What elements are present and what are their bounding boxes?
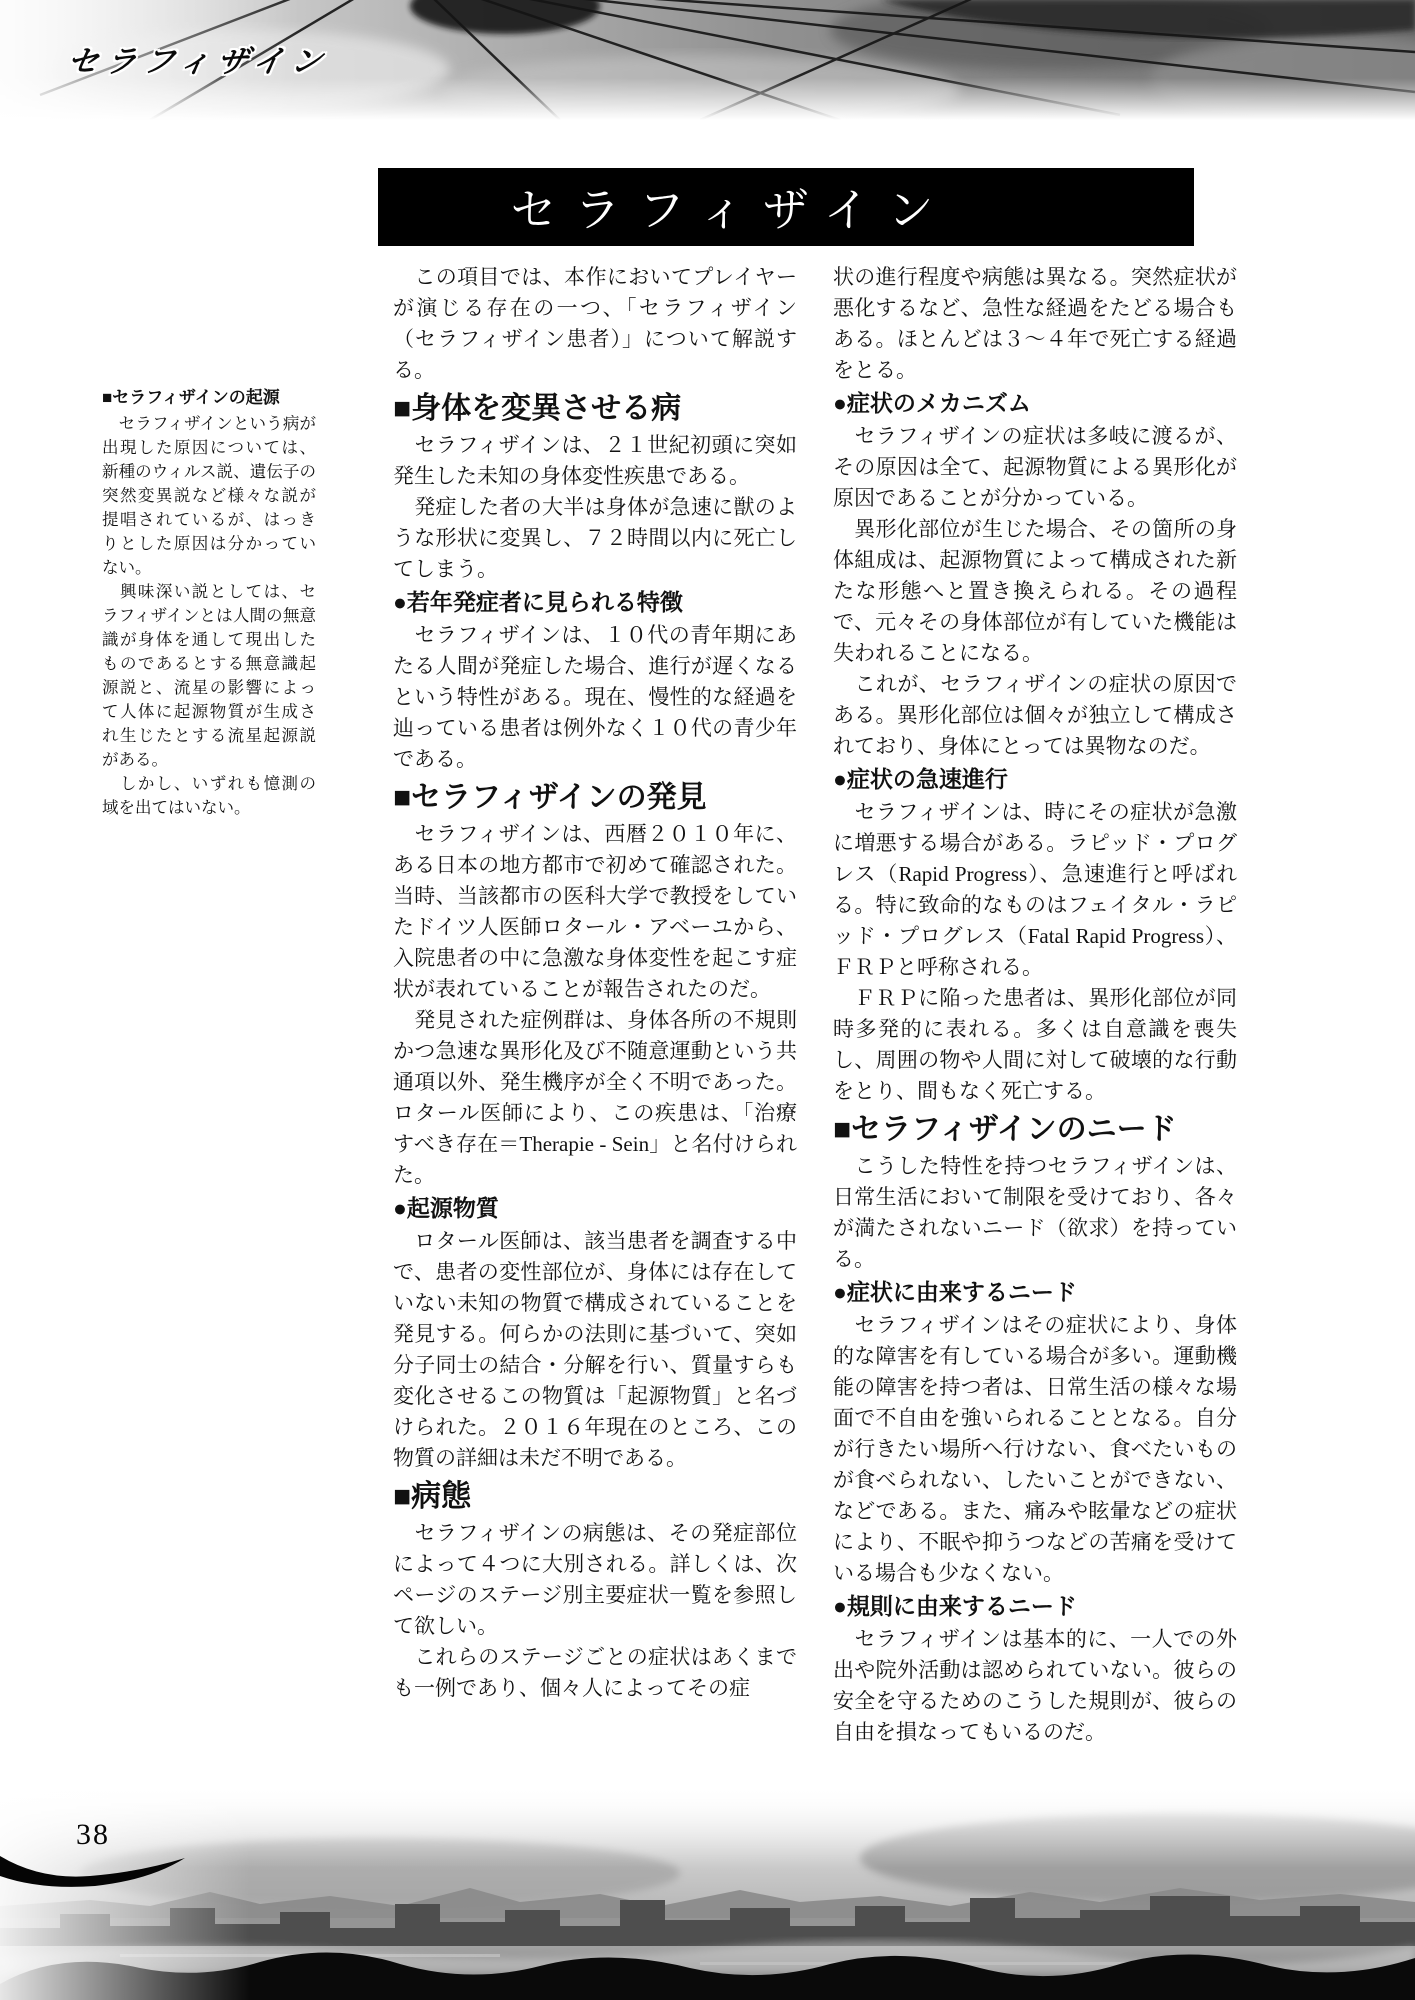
cityscape-photo [0,1788,1415,2000]
subsection-heading: ●起源物質 [393,1191,797,1226]
header-photo: セラフィザイン [0,0,1415,120]
sidebar-paragraph: 興味深い説としては、セラフィザインとは人間の無意識が身体を通して現出したものであ… [102,580,316,772]
section-heading: ■身体を変異させる病 [393,389,797,429]
subsection-heading: ●若年発症者に見られる特徴 [393,585,797,620]
body-paragraph: セラフィザインの症状は多岐に渡るが、その原因は全て、起源物質による異形化が原因で… [833,421,1237,514]
page-number: 38 [76,1818,110,1852]
body-paragraph: セラフィザインは、西暦２０１０年に、ある日本の地方都市で初めて確認された。当時、… [393,819,797,1005]
body-paragraph: セラフィザインは基本的に、一人での外出や院外活動は認められていない。彼らの安全を… [833,1624,1237,1748]
section-heading: ■病態 [393,1477,797,1517]
body-paragraph: セラフィザインの病態は、その発症部位によって４つに大別される。詳しくは、次ページ… [393,1518,797,1642]
section-heading: ■セラフィザインのニード [833,1110,1237,1150]
text-column-2: 状の進行程度や病態は異なる。突然症状が悪化するなど、急性な経過をたどる場合もある… [833,262,1237,1748]
chapter-title-bar: セラフィザイン [378,168,1194,246]
body-paragraph: セラフィザインは、２１世紀初頭に突如発生した未知の身体変性疾患である。 [393,430,797,492]
header-script-title: セラフィザイン [64,36,333,81]
body-paragraph: 発症した者の大半は身体が急速に獣のような形状に変異し、７２時間以内に死亡してしま… [393,492,797,585]
document-page: セラフィザイン セラフィザイン ■セラフィザインの起源 セラフィザインという病が… [0,0,1415,2000]
footer-photo [0,1788,1415,2000]
body-paragraph: 異形化部位が生じた場合、その箇所の身体組成は、起源物質によって構成された新たな形… [833,514,1237,669]
chapter-title-text: セラフィザイン [510,174,1061,240]
body-paragraph: これらのステージごとの症状はあくまでも一例であり、個々人によってその症 [393,1642,797,1704]
page-number-swoosh [0,1846,200,1888]
body-paragraph: セラフィザインはその症状により、身体的な障害を有している場合が多い。運動機能の障… [833,1310,1237,1589]
sidebar-heading: ■セラフィザインの起源 [102,386,316,410]
sidebar-paragraph: しかし、いずれも憶測の域を出てはいない。 [102,772,316,820]
body-paragraph: この項目では、本作においてプレイヤーが演じる存在の一つ、「セラフィザイン（セラフ… [393,262,797,386]
body-paragraph: 発見された症例群は、身体各所の不規則かつ急速な異形化及び不随意運動という共通項以… [393,1005,797,1191]
section-heading: ■セラフィザインの発見 [393,778,797,818]
body-paragraph: こうした特性を持つセラフィザインは、日常生活において制限を受けており、各々が満た… [833,1151,1237,1275]
body-paragraph: ロタール医師は、該当患者を調査する中で、患者の変性部位が、身体には存在していない… [393,1226,797,1474]
body-paragraph: セラフィザインは、時にその症状が急激に増悪する場合がある。ラピッド・プログレス（… [833,797,1237,983]
subsection-heading: ●症状に由来するニード [833,1275,1237,1310]
subsection-heading: ●症状のメカニズム [833,386,1237,421]
text-column-1: この項目では、本作においてプレイヤーが演じる存在の一つ、「セラフィザイン（セラフ… [393,262,797,1704]
subsection-heading: ●症状の急速進行 [833,762,1237,797]
body-paragraph: セラフィザインは、１０代の青年期にあたる人間が発症した場合、進行が遅くなるという… [393,620,797,775]
body-paragraph: 状の進行程度や病態は異なる。突然症状が悪化するなど、急性な経過をたどる場合もある… [833,262,1237,386]
body-paragraph: ＦＲＰに陥った患者は、異形化部位が同時多発的に表れる。多くは自意識を喪失し、周囲… [833,983,1237,1107]
sidebar-note: ■セラフィザインの起源 セラフィザインという病が出現した原因については、新種のウ… [102,386,316,820]
body-paragraph: これが、セラフィザインの症状の原因である。異形化部位は個々が独立して構成されてお… [833,669,1237,762]
subsection-heading: ●規則に由来するニード [833,1589,1237,1624]
sidebar-paragraph: セラフィザインという病が出現した原因については、新種のウィルス説、遺伝子の突然変… [102,412,316,580]
